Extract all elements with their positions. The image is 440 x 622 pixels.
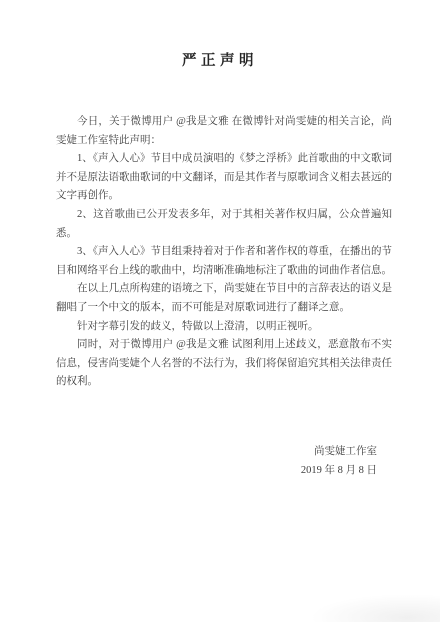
paragraph-list-item-2: 2、这首歌曲已公开发表多年，对于其相关著作权归属，公众普遍知悉。: [56, 206, 392, 243]
paragraph-clarification: 针对字幕引发的歧义，特做以上澄清，以明正视听。: [56, 318, 392, 337]
document-title: 严正声明: [0, 0, 440, 70]
paragraph-list-item-1: 1、《声入人心》节目中成员演唱的《梦之浮桥》此首歌曲的中文歌词并不是原法语歌曲歌…: [56, 150, 392, 206]
signature-date: 2019 年 8 月 8 日: [56, 462, 377, 481]
signature-block: 尚雯婕工作室 2019 年 8 月 8 日: [56, 443, 392, 480]
signature-studio-name: 尚雯婕工作室: [56, 443, 377, 462]
paragraph-list-item-3: 3、《声入人心》节目组秉持着对于作者和著作权的尊重，在播出的节目和网络平台上线的…: [56, 243, 392, 280]
statement-document: 严正声明 今日，关于微博用户 @我是文雅 在微博针对尚雯婕的相关言论，尚雯婕工作…: [0, 0, 440, 622]
document-title-text: 严正声明: [182, 53, 258, 69]
paragraph-context: 在以上几点所构建的语境之下，尚雯婕在节目中的言辞表达的语义是翻唱了一个中文的版本…: [56, 280, 392, 317]
paragraph-legal-warning: 同时，对于微博用户 @我是文雅 试图利用上述歧义，恶意散布不实信息，侵害尚雯婕个…: [56, 336, 392, 392]
paragraph-intro: 今日，关于微博用户 @我是文雅 在微博针对尚雯婕的相关言论，尚雯婕工作室特此声明…: [56, 113, 392, 150]
document-body: 今日，关于微博用户 @我是文雅 在微博针对尚雯婕的相关言论，尚雯婕工作室特此声明…: [0, 113, 440, 480]
scan-artifact-smudge: [310, 594, 440, 622]
